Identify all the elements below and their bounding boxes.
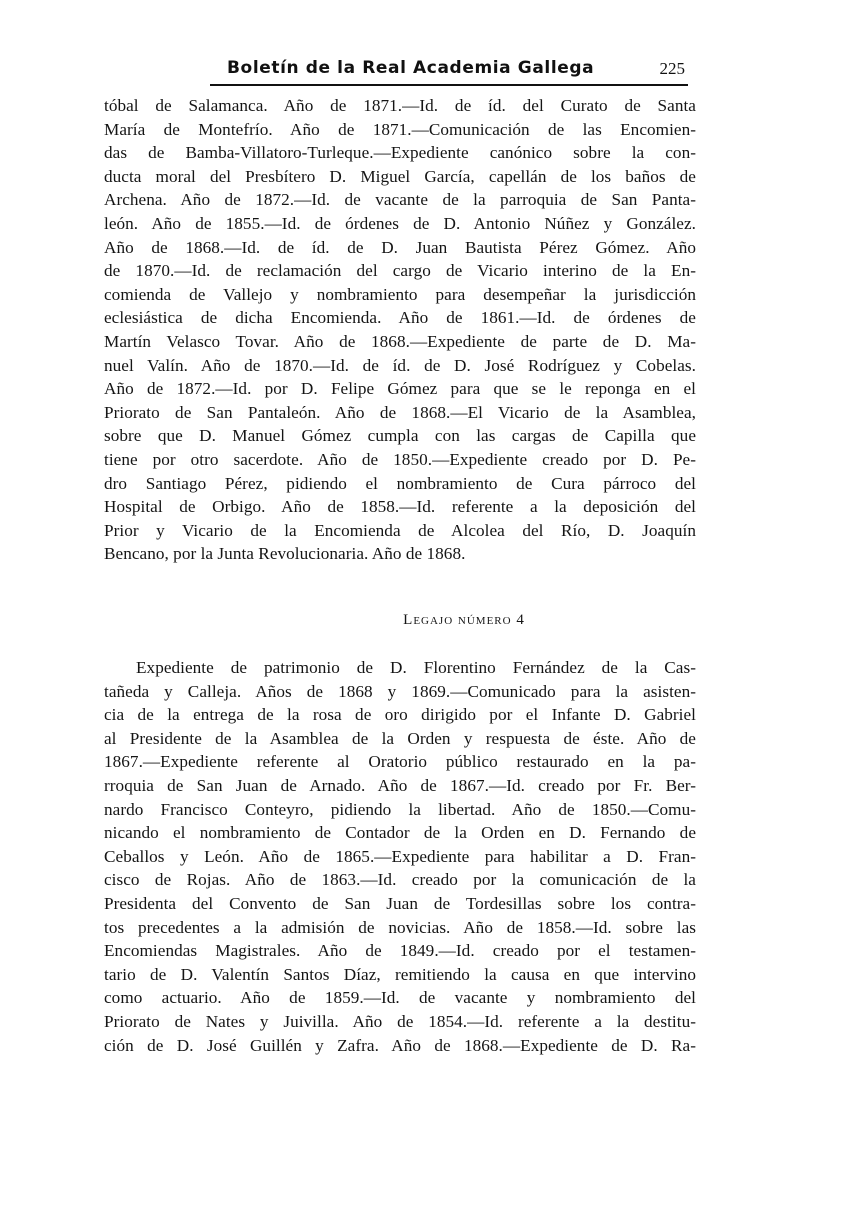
- body-paragraph-2: Expediente de patrimonio de D. Florentin…: [104, 656, 696, 1057]
- text-line: eclesiástica de dicha Encomienda. Año de…: [104, 306, 696, 330]
- text-line: Ceballos y León. Año de 1865.—Expediente…: [104, 845, 696, 869]
- text-line: comienda de Vallejo y nombramiento para …: [104, 283, 696, 307]
- text-line: 1867.—Expediente referente al Oratorio p…: [104, 750, 696, 774]
- header-rule: [210, 84, 688, 86]
- text-line: nicando el nombramiento de Contador de l…: [104, 821, 696, 845]
- document-page: Boletín de la Real Academia Gallega 225 …: [0, 0, 850, 1225]
- text-line: Priorato de San Pantaleón. Año de 1868.—…: [104, 401, 696, 425]
- text-line: Presidenta del Convento de San Juan de T…: [104, 892, 696, 916]
- text-line: Encomiendas Magistrales. Año de 1849.—Id…: [104, 939, 696, 963]
- text-line: Año de 1868.—Id. de íd. de D. Juan Bauti…: [104, 236, 696, 260]
- text-line: dro Santiago Pérez, pidiendo el nombrami…: [104, 472, 696, 496]
- journal-title: Boletín de la Real Academia Gallega: [227, 58, 594, 78]
- text-line: Año de 1872.—Id. por D. Felipe Gómez par…: [104, 377, 696, 401]
- text-line: Bencano, por la Junta Revolucionaria. Añ…: [104, 542, 696, 566]
- text-line: tiene por otro sacerdote. Año de 1850.—E…: [104, 448, 696, 472]
- text-line: ción de D. José Guillén y Zafra. Año de …: [104, 1034, 696, 1058]
- text-line: Expediente de patrimonio de D. Florentin…: [104, 656, 696, 680]
- body-paragraph-1: tóbal de Salamanca. Año de 1871.—Id. de …: [104, 94, 696, 566]
- page-number: 225: [660, 59, 686, 79]
- text-line: como actuario. Año de 1859.—Id. de vacan…: [104, 986, 696, 1010]
- text-line: nardo Francisco Conteyro, pidiendo la li…: [104, 798, 696, 822]
- text-line: tañeda y Calleja. Años de 1868 y 1869.—C…: [104, 680, 696, 704]
- text-line: das de Bamba-Villatoro-Turleque.—Expedie…: [104, 141, 696, 165]
- text-line: cisco de Rojas. Año de 1863.—Id. creado …: [104, 868, 696, 892]
- text-line: Hospital de Orbigo. Año de 1858.—Id. ref…: [104, 495, 696, 519]
- text-line: tos precedentes a la admisión de novicia…: [104, 916, 696, 940]
- text-line: Martín Velasco Tovar. Año de 1868.—Exped…: [104, 330, 696, 354]
- text-line: Priorato de Nates y Juivilla. Año de 185…: [104, 1010, 696, 1034]
- text-line: Archena. Año de 1872.—Id. de vacante de …: [104, 188, 696, 212]
- text-line: Prior y Vicario de la Encomienda de Alco…: [104, 519, 696, 543]
- text-line: nuel Valín. Año de 1870.—Id. de íd. de D…: [104, 354, 696, 378]
- text-line: María de Montefrío. Año de 1871.—Comunic…: [104, 118, 696, 142]
- text-line: cia de la entrega de la rosa de oro diri…: [104, 703, 696, 727]
- text-line: tóbal de Salamanca. Año de 1871.—Id. de …: [104, 94, 696, 118]
- text-line: tario de D. Valentín Santos Díaz, remiti…: [104, 963, 696, 987]
- section-heading: Legajo número 4: [0, 612, 850, 629]
- running-head: Boletín de la Real Academia Gallega 225: [215, 58, 685, 84]
- text-line: rroquia de San Juan de Arnado. Año de 18…: [104, 774, 696, 798]
- text-line: ducta moral del Presbítero D. Miguel Gar…: [104, 165, 696, 189]
- text-line: león. Año de 1855.—Id. de órdenes de D. …: [104, 212, 696, 236]
- text-line: al Presidente de la Asamblea de la Orden…: [104, 727, 696, 751]
- text-line: de 1870.—Id. de reclamación del cargo de…: [104, 259, 696, 283]
- text-line: sobre que D. Manuel Gómez cumpla con las…: [104, 424, 696, 448]
- section-heading-text: Legajo número 4: [403, 612, 525, 628]
